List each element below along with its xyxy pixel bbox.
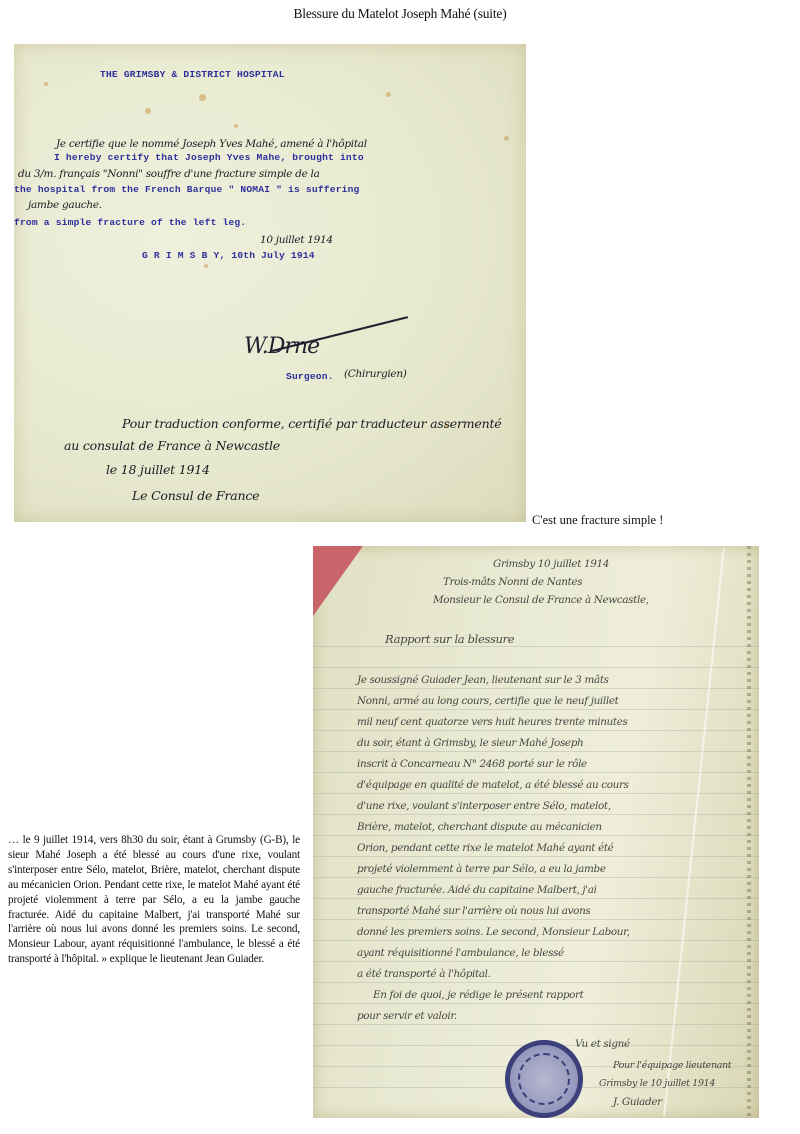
hospital-certificate-scan: THE GRIMSBY & DISTRICT HOSPITAL Je certi… (14, 44, 526, 522)
report-line: ayant réquisitionné l'ambulance, le bles… (357, 947, 564, 959)
typed-line: I hereby certify that Joseph Yves Mahe, … (54, 152, 364, 163)
translation-role: (Chirurgien) (344, 368, 407, 380)
report-line: En foi de quoi, je rédige le présent rap… (373, 989, 583, 1001)
consul-note-date: le 18 juillet 1914 (106, 462, 210, 477)
consul-note-signature: Le Consul de France (132, 488, 259, 503)
report-line: Je soussigné Guiader Jean, lieutenant su… (357, 674, 609, 686)
report-line: donné les premiers soins. Le second, Mon… (357, 926, 630, 938)
report-line: gauche fracturée. Aidé du capitaine Malb… (357, 884, 597, 896)
report-title: Rapport sur la blessure (385, 632, 514, 646)
typed-role: Surgeon. (286, 371, 334, 382)
report-line: pour servir et valoir. (357, 1010, 457, 1022)
report-signoff: Vu et signé (575, 1038, 630, 1050)
report-line: d'une rixe, voulant s'interposer entre S… (357, 800, 611, 812)
translation-date: 10 juillet 1914 (260, 234, 333, 246)
red-corner (313, 546, 363, 616)
page-title: Blessure du Matelot Joseph Mahé (suite) (0, 6, 800, 22)
typed-line: the hospital from the French Barque " NO… (14, 184, 360, 195)
lieutenant-report-scan: Grimsby 10 juillet 1914 Trois-mâts Nonni… (313, 546, 759, 1118)
report-line: du soir, étant à Grimsby, le sieur Mahé … (357, 737, 583, 749)
report-line: inscrit à Concarneau N° 2468 porté sur l… (357, 758, 587, 770)
report-line: d'équipage en qualité de matelot, a été … (357, 779, 629, 791)
report-header: Trois-mâts Nonni de Nantes (443, 576, 582, 588)
consul-note: au consulat de France à Newcastle (64, 438, 280, 453)
translation-line: jambe gauche. (28, 199, 102, 211)
typed-line: from a simple fracture of the left leg. (14, 217, 246, 228)
caption: C'est une fracture simple ! (532, 513, 663, 528)
report-line: a été transporté à l'hôpital. (357, 968, 491, 980)
translation-line: du 3/m. français "Nonni" souffre d'une f… (18, 168, 320, 180)
article-text: … le 9 juillet 1914, vers 8h30 du soir, … (8, 833, 300, 967)
report-header: Grimsby 10 juillet 1914 (493, 558, 609, 570)
report-header: Monsieur le Consul de France à Newcastle… (433, 594, 649, 606)
report-line: projeté violemment à terre par Sélo, a e… (357, 863, 606, 875)
consul-note: Pour traduction conforme, certifié par t… (122, 416, 502, 431)
report-line: transporté Mahé sur l'arrière où nous lu… (357, 905, 590, 917)
letterhead: THE GRIMSBY & DISTRICT HOSPITAL (100, 69, 285, 80)
report-signature: J. Guiader (613, 1096, 662, 1108)
official-stamp (505, 1040, 583, 1118)
report-line: Nonni, armé au long cours, certifie que … (357, 695, 618, 707)
report-line: Orion, pendant cette rixe le matelot Mah… (357, 842, 613, 854)
report-line: Brière, matelot, cherchant dispute au mé… (357, 821, 602, 833)
report-signoff: Pour l'équipage lieutenant (613, 1060, 731, 1071)
report-signoff: Grimsby le 10 juillet 1914 (599, 1078, 715, 1089)
report-line: mil neuf cent quatorze vers huit heures … (357, 716, 628, 728)
translation-line: Je certifie que le nommé Joseph Yves Mah… (56, 138, 367, 150)
typed-date: G R I M S B Y, 10th July 1914 (142, 250, 315, 261)
